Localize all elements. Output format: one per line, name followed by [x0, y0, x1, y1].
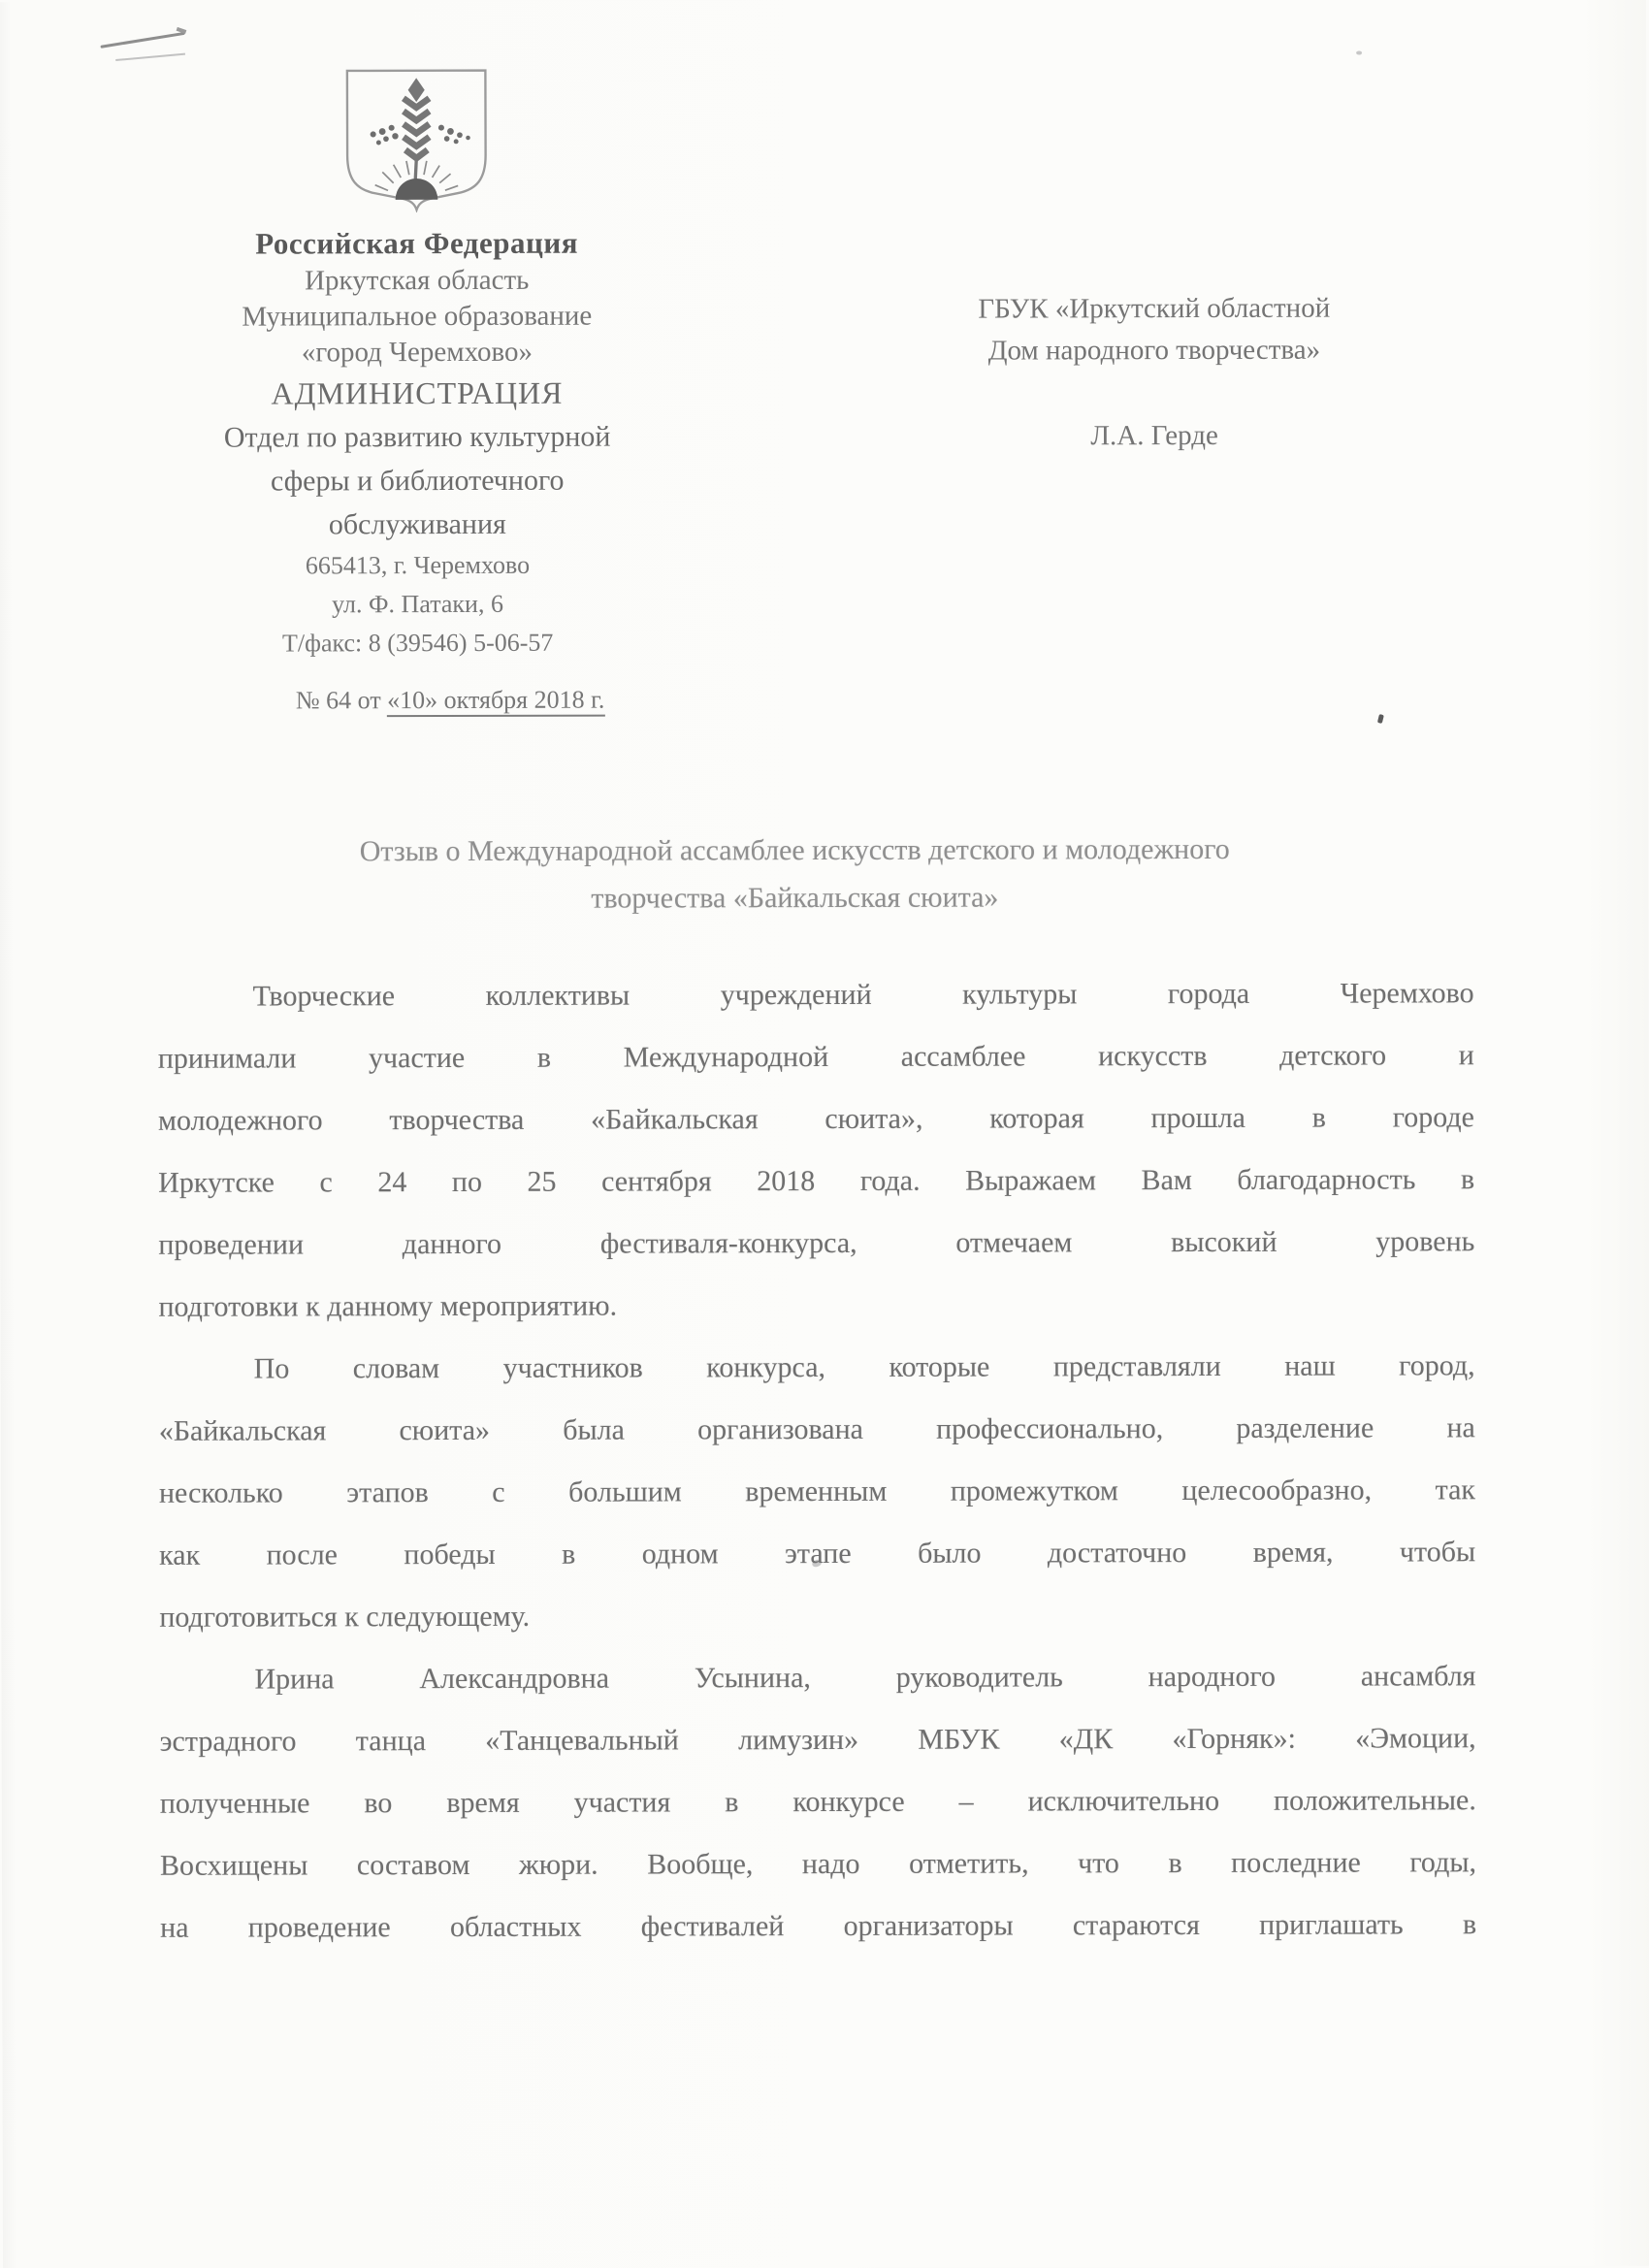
recipient-signatory: Л.А. Герде — [912, 419, 1397, 452]
body-line: несколько этапов с большим временным про… — [159, 1459, 1475, 1525]
body-line: принимали участие в Международной ассамб… — [158, 1024, 1474, 1090]
body-line: Ирина Александровна Усынина, руководител… — [159, 1645, 1475, 1711]
staple-mark-icon — [94, 23, 201, 67]
letterhead-department-line3: обслуживания — [145, 502, 689, 546]
reference-date: «10» октября 2018 г. — [387, 686, 604, 718]
letter-body: Творческие коллективы учреждений культур… — [158, 962, 1477, 1960]
letterhead-street-address: ул. Ф. Патаки, 6 — [146, 584, 690, 624]
reference-number-line: № 64 от «10» октября 2018 г. — [296, 686, 605, 716]
body-line: молодежного творчества «Байкальская сюит… — [158, 1086, 1474, 1152]
document-title-line1: Отзыв о Международной ассамблее искусств… — [145, 825, 1444, 876]
coat-of-arms-icon — [335, 65, 498, 212]
body-line: как после победы в одном этапе было дост… — [159, 1521, 1475, 1587]
body-line: По словам участников конкурса, которые п… — [159, 1335, 1475, 1401]
letterhead-phone-fax: Т/факс: 8 (39546) 5-06-57 — [146, 623, 690, 663]
letterhead-postal-address: 665413, г. Черемхово — [145, 545, 689, 585]
scan-speck — [1377, 714, 1384, 724]
document-title: Отзыв о Международной ассамблее искусств… — [145, 825, 1444, 923]
body-line: подготовиться к следующему. — [159, 1583, 1475, 1649]
body-line: проведении данного фестиваля-конкурса, о… — [158, 1211, 1474, 1277]
body-line: Творческие коллективы учреждений культур… — [158, 962, 1474, 1028]
body-line: полученные во время участия в конкурсе –… — [160, 1769, 1476, 1835]
paragraph: Ирина Александровна Усынина, руководител… — [159, 1645, 1476, 1960]
body-line: на проведение областных фестивалей орган… — [160, 1894, 1476, 1960]
document-page: Российская Федерация Иркутская область М… — [0, 0, 1649, 2268]
letterhead-administration: АДМИНИСТРАЦИЯ — [145, 370, 689, 415]
letterhead-city: «город Черемхово» — [145, 334, 689, 371]
paragraph: Творческие коллективы учреждений культур… — [158, 962, 1475, 1339]
paragraph: По словам участников конкурса, которые п… — [159, 1335, 1476, 1649]
letterhead: Российская Федерация Иркутская область М… — [145, 64, 690, 663]
scan-speck — [1356, 51, 1362, 55]
letterhead-department-line1: Отдел по развитию культурной — [145, 414, 689, 459]
body-line: эстрадного танца «Танцевальный лимузин» … — [160, 1707, 1476, 1773]
body-line: подготовки к данному мероприятию. — [158, 1273, 1474, 1339]
body-line: Иркутске с 24 по 25 сентября 2018 года. … — [158, 1149, 1474, 1215]
letterhead-country: Российская Федерация — [145, 223, 689, 263]
document-title-line2: творчества «Байкальская сюита» — [145, 872, 1444, 923]
letterhead-region: Иркутская область — [145, 262, 689, 299]
recipient-org-line1: ГБУК «Иркутский областной — [912, 287, 1397, 330]
recipient-block: ГБУК «Иркутский областной Дом народного … — [912, 287, 1397, 452]
recipient-org-line2: Дом народного творчества» — [912, 329, 1397, 372]
reference-number: № 64 от — [296, 686, 387, 714]
body-line: Восхищены составом жюри. Вообще, надо от… — [160, 1831, 1476, 1897]
letterhead-department-line2: сферы и библиотечного — [145, 458, 689, 502]
letterhead-municipality: Муниципальное образование — [145, 298, 689, 335]
body-line: «Байкальская сюита» была организована пр… — [159, 1397, 1475, 1463]
